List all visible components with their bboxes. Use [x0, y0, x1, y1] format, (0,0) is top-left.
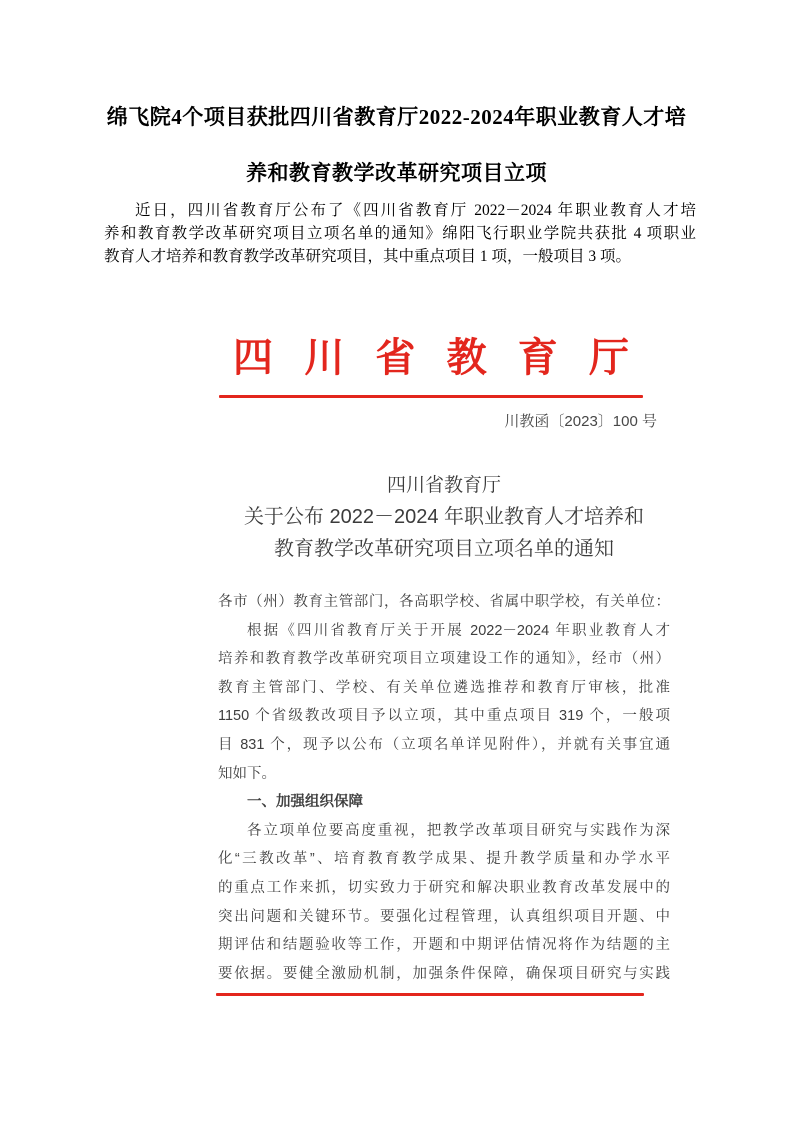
document-number: 川教函〔2023〕100 号 [504, 412, 657, 432]
notice-body-line: 要依据。要健全激励机制，加强条件保障，确保项目研究与实践 [218, 960, 670, 989]
intro-paragraph: 近日，四川省教育厅公布了《四川省教育厅 2022－2024 年职业教育人才培 养… [104, 199, 696, 268]
notice-body: 各市（州）教育主管部门，各高职学校、省属中职学校，有关单位： 根据《四川省教育厅… [218, 588, 670, 988]
notice-body-line: 目 831 个，现予以公布（立项名单详见附件），并就有关事宜通 [218, 731, 670, 760]
intro-line: 近日，四川省教育厅公布了《四川省教育厅 2022－2024 年职业教育人才培 [104, 199, 696, 222]
red-separator-line-bottom [216, 993, 644, 996]
intro-line: 教育人才培养和教育教学改革研究项目，其中重点项目 1 项，一般项目 3 项。 [104, 245, 696, 268]
article-title-line-2: 养和教育教学改革研究项目立项 [0, 157, 793, 187]
notice-body-line: 知如下。 [218, 760, 670, 789]
intro-line: 养和教育教学改革研究项目立项名单的通知》绵阳飞行职业学院共获批 4 项职业 [104, 222, 696, 245]
red-separator-line-top [219, 395, 643, 398]
notice-body-line: 各立项单位要高度重视，把教学改革项目研究与实践作为深 [218, 817, 670, 846]
notice-body-line: 的重点工作来抓，切实致力于研究和解决职业教育改革发展中的 [218, 874, 670, 903]
notice-title-line-3: 教育教学改革研究项目立项名单的通知 [218, 533, 670, 565]
scanned-notice-image: 四 川 省 教 育 厅 川教函〔2023〕100 号 四川省教育厅 关于公布 2… [218, 330, 670, 1002]
notice-body-line: 1150 个省级教改项目予以立项，其中重点项目 319 个，一般项 [218, 702, 670, 731]
notice-body-line: 培养和教育教学改革研究项目立项建设工作的通知》，经市（州） [218, 645, 670, 674]
notice-body-line: 化“三教改革”、培育教育教学成果、提升教学质量和办学水平 [218, 845, 670, 874]
notice-title-line-1: 四川省教育厅 [218, 471, 670, 501]
notice-body-line: 教育主管部门、学校、有关单位遴选推荐和教育厅审核，批准 [218, 674, 670, 703]
notice-body-line: 突出问题和关键环节。要强化过程管理，认真组织项目开题、中 [218, 903, 670, 932]
notice-title-line-2: 关于公布 2022－2024 年职业教育人才培养和 [218, 501, 670, 533]
agency-header-red-text: 四 川 省 教 育 厅 [219, 336, 643, 380]
notice-body-line: 根据《四川省教育厅关于开展 2022－2024 年职业教育人才 [218, 617, 670, 646]
notice-body-section-heading: 一、加强组织保障 [218, 788, 670, 817]
article-page: 绵飞院4个项目获批四川省教育厅2022-2024年职业教育人才培 养和教育教学改… [0, 0, 793, 1122]
notice-body-line: 期评估和结题验收等工作，开题和中期评估情况将作为结题的主 [218, 931, 670, 960]
article-title-line-1: 绵飞院4个项目获批四川省教育厅2022-2024年职业教育人才培 [0, 101, 793, 131]
notice-title: 四川省教育厅 关于公布 2022－2024 年职业教育人才培养和 教育教学改革研… [218, 471, 670, 565]
notice-body-line: 各市（州）教育主管部门，各高职学校、省属中职学校，有关单位： [218, 588, 670, 617]
